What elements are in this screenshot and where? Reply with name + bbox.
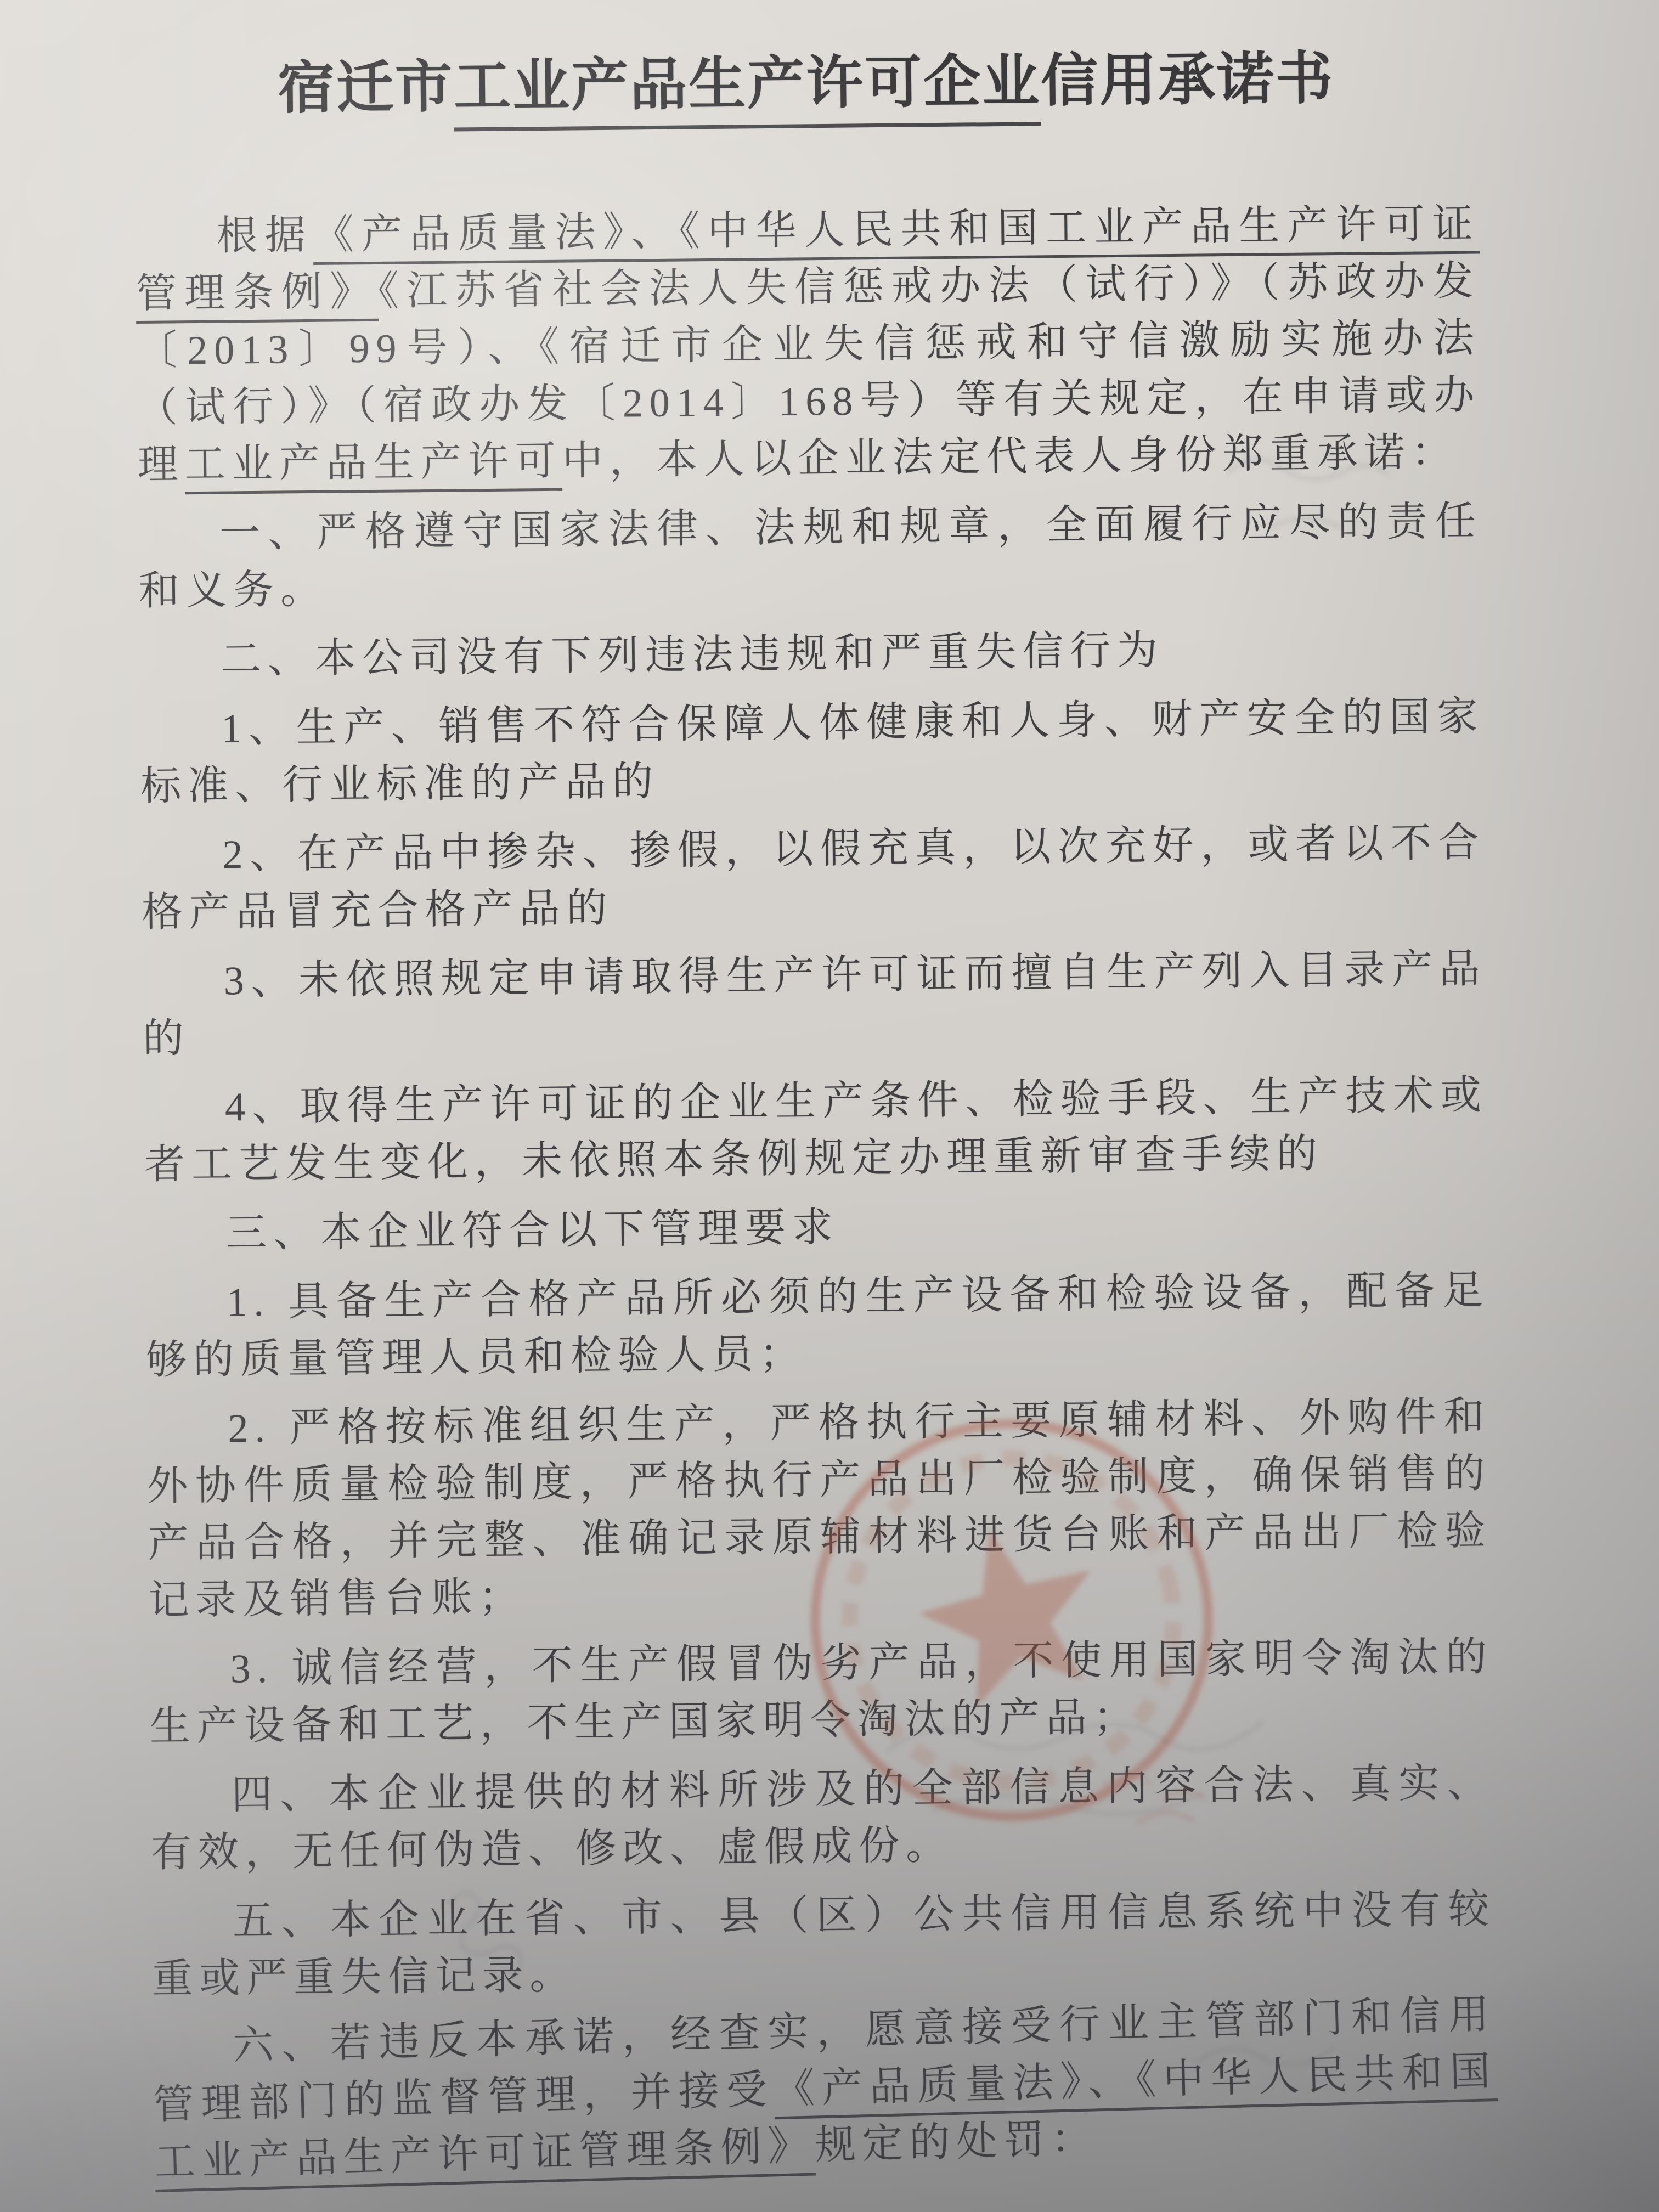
- page-title: 宿迁市工业产品生产许可企业信用承诺书: [134, 42, 1479, 127]
- document-content: 宿迁市工业产品生产许可企业信用承诺书 根据《产品质量法》、《中华人民共和国工业产…: [0, 0, 1659, 2204]
- text-segment: 四、本企业提供的材料所涉及的全部信息内容合法、真实、有效，无任何伪造、修改、虚假…: [151, 1760, 1495, 1876]
- paragraph: 4、取得生产许可证的企业生产条件、检验手段、生产技术或者工艺发生变化，未依照本条…: [143, 1067, 1488, 1194]
- text-segment: 五、本企业在省、市、县（区）公共信用信息系统中没有较重或严重失信记录。: [152, 1887, 1496, 2002]
- text-segment: 1、生产、销售不符合保障人体健康和人身、财产安全的国家标准、行业标准的产品的: [140, 695, 1485, 810]
- text-segment: 根据: [216, 213, 313, 259]
- title-prefix: 宿迁市: [278, 56, 454, 121]
- paragraph: 2. 严格按标准组织生产，严格执行主要原辅材料、外购件和外协件质量检验制度，严格…: [146, 1388, 1493, 1629]
- paragraph: 根据《产品质量法》、《中华人民共和国工业产品生产许可证管理条例》《江苏省社会法人…: [135, 196, 1482, 494]
- text-segment: 中，本人以企业法定代表人身份郑重承诺：: [562, 430, 1459, 484]
- paragraph: 四、本企业提供的材料所涉及的全部信息内容合法、真实、有效，无任何伪造、修改、虚假…: [150, 1754, 1495, 1882]
- underlined-text-segment: 工业产品生产许可: [184, 439, 562, 495]
- text-segment: 1. 具备生产合格产品所必须的生产设备和检验设备，配备足够的质量管理人员和检验人…: [146, 1268, 1490, 1383]
- document-page: 宿迁市工业产品生产许可企业信用承诺书 根据《产品质量法》、《中华人民共和国工业产…: [0, 0, 1659, 2212]
- paragraph: 三、本企业符合以下管理要求: [145, 1193, 1489, 1263]
- paragraph: 五、本企业在省、市、县（区）公共信用信息系统中没有较重或严重失信记录。: [151, 1881, 1497, 2008]
- paragraph: 一、严格遵守国家法律、法规和规章，全面履行应尽的责任和义务。: [138, 493, 1483, 620]
- paragraph: 3、未依照规定申请取得生产许可证而擅自生产列入目录产品的: [142, 941, 1487, 1068]
- paragraph: 1. 具备生产合格产品所必须的生产设备和检验设备，配备足够的质量管理人员和检验人…: [145, 1262, 1491, 1389]
- paragraph: 3. 诚信经营，不生产假冒伪劣产品，不使用国家明令淘汰的生产设备和工艺，不生产国…: [149, 1628, 1494, 1756]
- text-segment: 3. 诚信经营，不生产假冒伪劣产品，不使用国家明令淘汰的生产设备和工艺，不生产国…: [149, 1634, 1493, 1750]
- paragraph: 六、若违反本承诺，经查实，愿意接受行业主管部门和信用管理部门的监督管理，并接受《…: [151, 1986, 1499, 2191]
- title-suffix: 信用承诺书: [1041, 47, 1335, 113]
- text-segment: 规定的处罚：: [815, 2116, 1099, 2168]
- text-segment: 2、在产品中掺杂、掺假，以假充真，以次充好，或者以不合格产品冒充合格产品的: [142, 821, 1486, 936]
- paragraph: 2、在产品中掺杂、掺假，以假充真，以次充好，或者以不合格产品冒充合格产品的: [141, 815, 1486, 942]
- paragraph: 1、生产、销售不符合保障人体健康和人身、财产安全的国家标准、行业标准的产品的: [140, 689, 1485, 816]
- text-segment: 二、本公司没有下列违法违规和严重失信行为: [221, 628, 1165, 682]
- paragraph: 二、本公司没有下列违法违规和严重失信行为: [139, 619, 1484, 690]
- document-body: 根据《产品质量法》、《中华人民共和国工业产品生产许可证管理条例》《江苏省社会法人…: [135, 196, 1498, 2191]
- text-segment: 2. 严格按标准组织生产，严格执行主要原辅材料、外购件和外协件质量检验制度，严格…: [147, 1394, 1492, 1623]
- text-segment: 一、严格遵守国家法律、法规和规章，全面履行应尽的责任和义务。: [139, 499, 1483, 614]
- title-underlined-segment: 工业产品生产许可企业: [454, 50, 1041, 131]
- text-segment: 3、未依照规定申请取得生产许可证而擅自生产列入目录产品的: [143, 947, 1487, 1062]
- text-segment: 三、本企业符合以下管理要求: [226, 1205, 840, 1256]
- text-segment: 4、取得生产许可证的企业生产条件、检验手段、生产技术或者工艺发生变化，未依照本条…: [144, 1073, 1488, 1188]
